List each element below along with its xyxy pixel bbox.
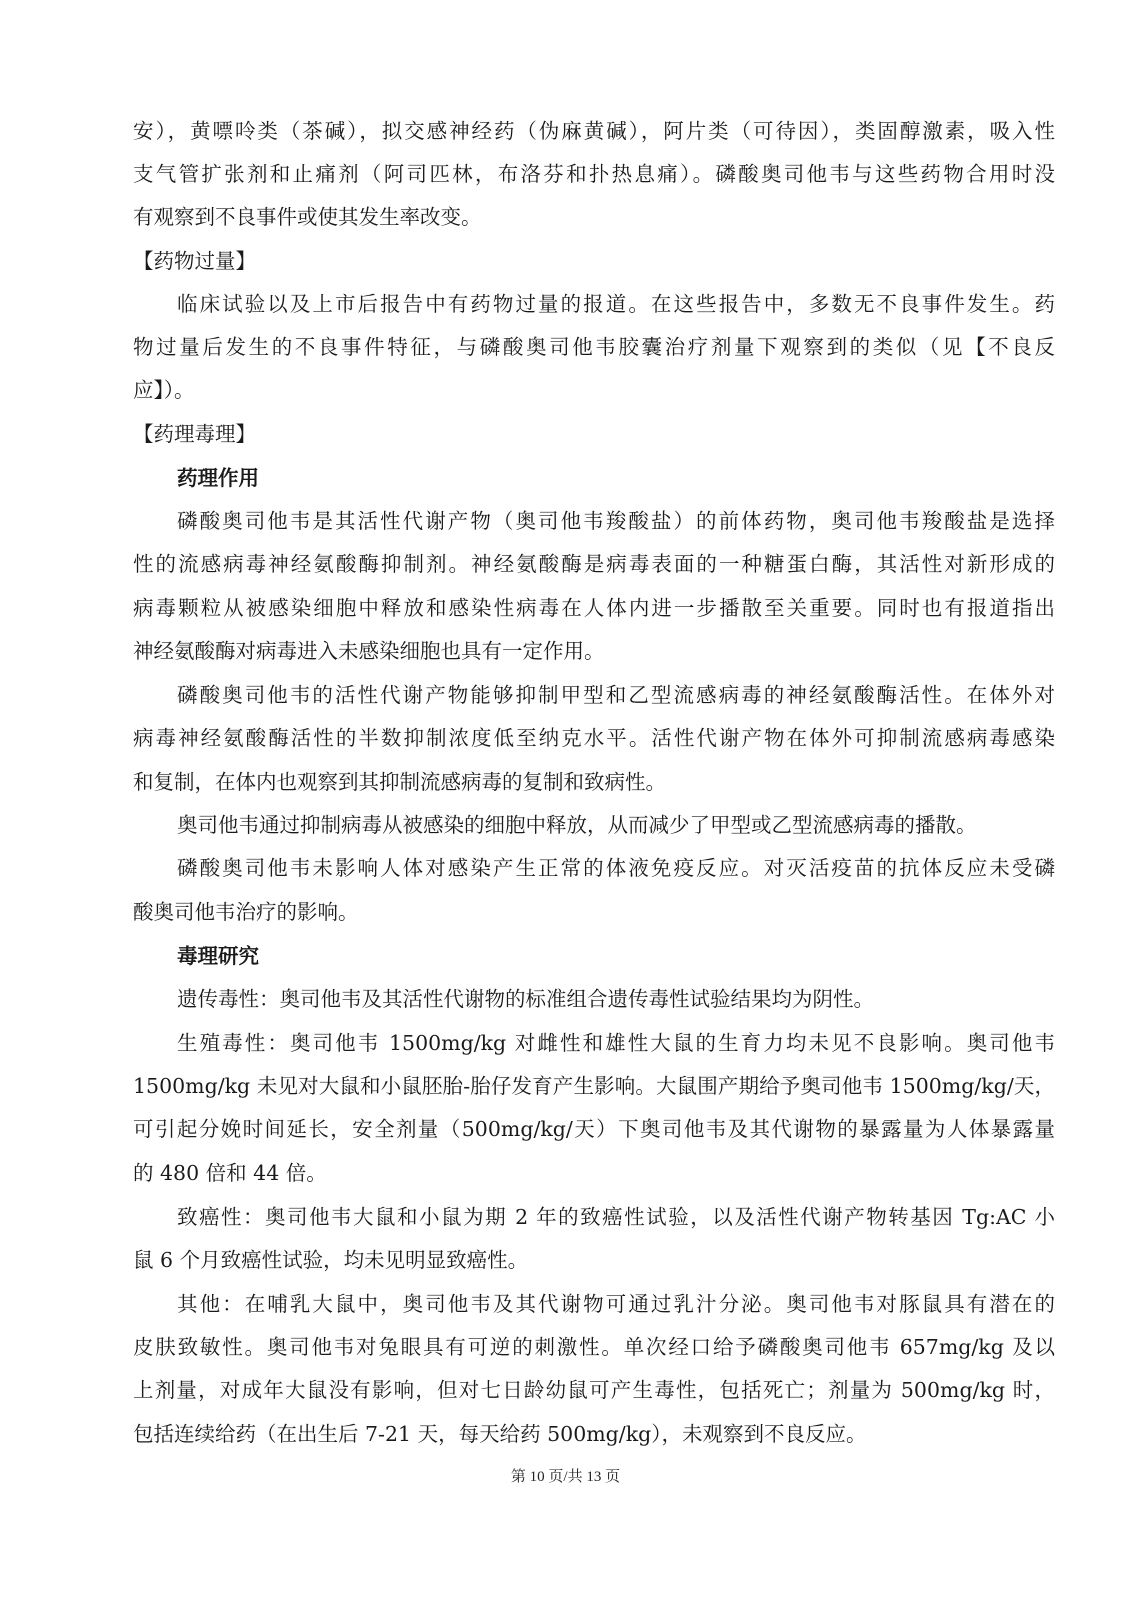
section-heading-pharm-tox: 【药理毒理】	[133, 419, 1055, 449]
text-line: 1500mg/kg 未见对大鼠和小鼠胚胎-胎仔发育产生影响。大鼠围产期给予奥司他…	[133, 1071, 1055, 1101]
text-line: 酸奥司他韦治疗的影响。	[133, 897, 1055, 927]
text-line: 可引起分娩时间延长，安全剂量（500mg/kg/天）下奥司他韦及其代谢物的暴露量…	[133, 1114, 1055, 1144]
text-line: 安），黄嘌呤类（茶碱），拟交感神经药（伪麻黄碱），阿片类（可待因），类固醇激素，…	[133, 116, 1055, 146]
text-line: 有观察到不良事件或使其发生率改变。	[133, 202, 1055, 232]
text-line: 磷酸奥司他韦未影响人体对感染产生正常的体液免疫反应。对灭活疫苗的抗体反应未受磷	[177, 853, 1055, 883]
text-line: 鼠 6 个月致癌性试验，均未见明显致癌性。	[133, 1245, 1055, 1275]
subheading-pharmacology: 药理作用	[177, 463, 477, 493]
text-line: 致癌性：奥司他韦大鼠和小鼠为期 2 年的致癌性试验，以及活性代谢产物转基因 Tg…	[177, 1202, 1055, 1232]
text-line: 和复制，在体内也观察到其抑制流感病毒的复制和致病性。	[133, 767, 1055, 797]
text-line: 上剂量，对成年大鼠没有影响，但对七日龄幼鼠可产生毒性，包括死亡；剂量为 500m…	[133, 1375, 1055, 1405]
page-footer: 第 10 页/共 13 页	[0, 1466, 1131, 1488]
text-line: 病毒颗粒从被感染细胞中释放和感染性病毒在人体内进一步播散至关重要。同时也有报道指…	[133, 593, 1055, 623]
text-line: 遗传毒性：奥司他韦及其活性代谢物的标准组合遗传毒性试验结果均为阴性。	[177, 984, 1055, 1014]
text-line: 物过量后发生的不良事件特征，与磷酸奥司他韦胶囊治疗剂量下观察到的类似（见【不良反	[133, 332, 1055, 362]
text-line: 磷酸奥司他韦是其活性代谢产物（奥司他韦羧酸盐）的前体药物，奥司他韦羧酸盐是选择	[177, 506, 1055, 536]
text-line: 其他：在哺乳大鼠中，奥司他韦及其代谢物可通过乳汁分泌。奥司他韦对豚鼠具有潜在的	[177, 1289, 1055, 1319]
subheading-toxicology: 毒理研究	[177, 941, 477, 971]
text-line: 奥司他韦通过抑制病毒从被感染的细胞中释放，从而减少了甲型或乙型流感病毒的播散。	[177, 810, 1055, 840]
page-number-label: 第 10 页/共 13 页	[511, 1469, 620, 1485]
text-line: 应】）。	[133, 375, 1055, 405]
text-line: 临床试验以及上市后报告中有药物过量的报道。在这些报告中，多数无不良事件发生。药	[177, 289, 1055, 319]
text-line: 支气管扩张剂和止痛剂（阿司匹林，布洛芬和扑热息痛）。磷酸奥司他韦与这些药物合用时…	[133, 159, 1055, 189]
text-line: 的 480 倍和 44 倍。	[133, 1158, 1055, 1188]
text-line: 神经氨酸酶对病毒进入未感染细胞也具有一定作用。	[133, 636, 1055, 666]
text-line: 性的流感病毒神经氨酸酶抑制剂。神经氨酸酶是病毒表面的一种糖蛋白酶，其活性对新形成…	[133, 549, 1055, 579]
text-line: 病毒神经氨酸酶活性的半数抑制浓度低至纳克水平。活性代谢产物在体外可抑制流感病毒感…	[133, 723, 1055, 753]
text-line: 皮肤致敏性。奥司他韦对兔眼具有可逆的刺激性。单次经口给予磷酸奥司他韦 657mg…	[133, 1332, 1055, 1362]
section-heading-overdose: 【药物过量】	[133, 246, 1055, 276]
text-line: 生殖毒性：奥司他韦 1500mg/kg 对雌性和雄性大鼠的生育力均未见不良影响。…	[177, 1028, 1055, 1058]
document-page: 安），黄嘌呤类（茶碱），拟交感神经药（伪麻黄碱），阿片类（可待因），类固醇激素，…	[0, 0, 1131, 1600]
text-line: 磷酸奥司他韦的活性代谢产物能够抑制甲型和乙型流感病毒的神经氨酸酶活性。在体外对	[177, 680, 1055, 710]
text-line: 包括连续给药（在出生后 7-21 天，每天给药 500mg/kg），未观察到不良…	[133, 1419, 1055, 1449]
